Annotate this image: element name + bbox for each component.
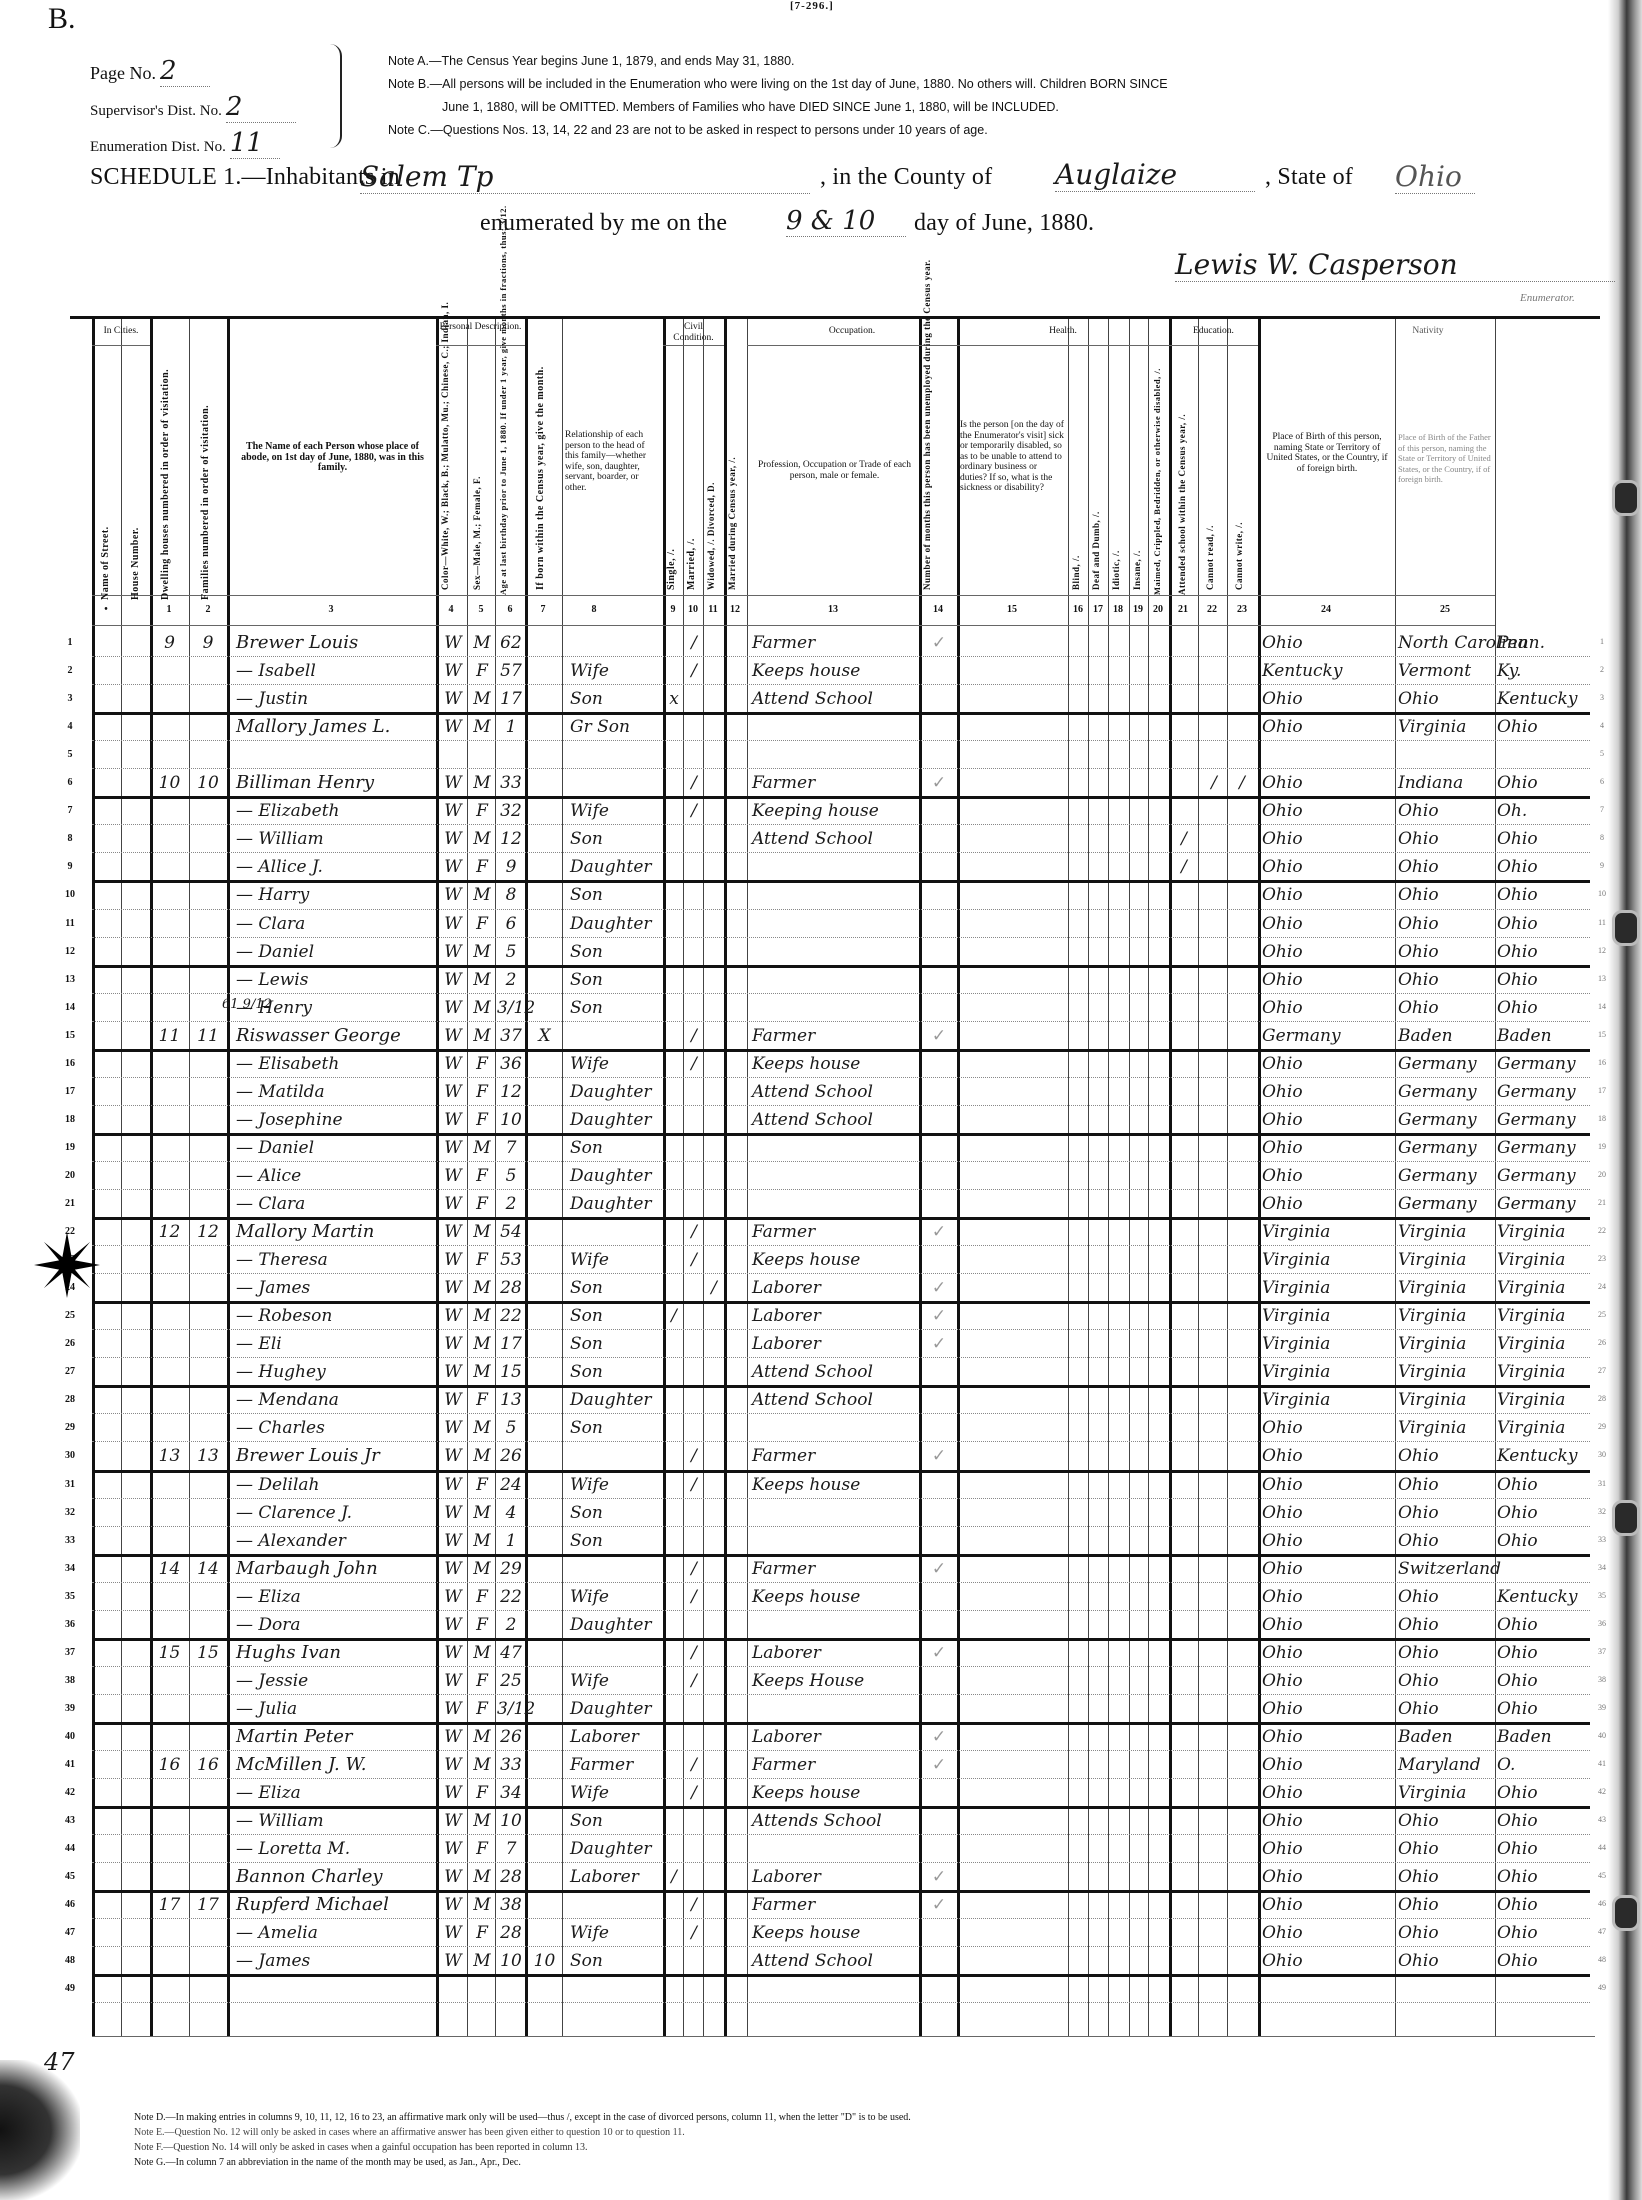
father-birthplace: Germany: [1398, 1082, 1495, 1102]
mother-birthplace: Baden: [1497, 1727, 1592, 1747]
age: 2: [497, 970, 525, 990]
row-number-right: 39: [1595, 1703, 1609, 1712]
birthplace: Virginia: [1262, 1306, 1394, 1326]
col-street-header: Name of Street.: [100, 500, 111, 600]
sex: F: [469, 1054, 495, 1074]
row-number: 7: [62, 805, 78, 816]
relationship: Wife: [570, 1475, 662, 1495]
row-number-right: 45: [1595, 1871, 1609, 1880]
sex: M: [469, 829, 495, 849]
row-number: 1: [62, 637, 78, 648]
father-birthplace: Ohio: [1398, 1446, 1495, 1466]
dwelling-number: 13: [150, 1446, 189, 1466]
color: W: [440, 998, 466, 1018]
dwelling-number: 15: [150, 1643, 189, 1663]
row-number: 4: [62, 721, 78, 732]
grid-hline: [92, 1946, 1590, 1948]
star-marker-icon: [34, 1232, 100, 1298]
person-name: — Mendana: [236, 1390, 436, 1410]
row-number: 21: [62, 1198, 78, 1209]
birthplace: Ohio: [1262, 1446, 1394, 1466]
father-birthplace: Ohio: [1398, 1475, 1495, 1495]
birthplace: Ohio: [1262, 1671, 1394, 1691]
mother-birthplace: Kentucky: [1497, 1446, 1592, 1466]
occupation: Keeps house: [752, 1587, 917, 1607]
age: 62: [497, 633, 525, 653]
grid-hline: [92, 852, 1590, 854]
single-mark: /: [665, 1306, 683, 1326]
row-number-right: 23: [1595, 1254, 1609, 1263]
married-mark: /: [685, 1026, 703, 1046]
birthplace: Ohio: [1262, 1923, 1394, 1943]
person-name: — Alice: [236, 1166, 436, 1186]
note-g: Note G.—In column 7 an abbreviation in t…: [134, 2157, 521, 2168]
column-number: 13: [821, 604, 845, 615]
age: 5: [497, 1418, 525, 1438]
color: W: [440, 1755, 466, 1775]
family-number: 14: [189, 1559, 227, 1579]
relationship: Daughter: [570, 1615, 662, 1635]
row-number: 31: [62, 1479, 78, 1490]
color: W: [440, 1615, 466, 1635]
birthplace: Ohio: [1262, 1587, 1394, 1607]
row-number: 20: [62, 1170, 78, 1181]
grid-hline: [92, 1722, 1590, 1725]
mother-birthplace: Baden: [1497, 1026, 1592, 1046]
sex: F: [469, 1475, 495, 1495]
age: 47: [497, 1643, 525, 1663]
row-number-right: 34: [1595, 1563, 1609, 1572]
occupation: Keeps house: [752, 1783, 917, 1803]
mother-birthplace: Virginia: [1497, 1250, 1592, 1270]
color: W: [440, 1839, 466, 1859]
mother-birthplace: Ohio: [1497, 885, 1592, 905]
person-name: — Robeson: [236, 1306, 436, 1326]
row-number: 37: [62, 1647, 78, 1658]
dwelling-number: 12: [150, 1222, 189, 1242]
grid-hline: [92, 595, 1495, 596]
occupation: Laborer: [752, 1306, 917, 1326]
father-birthplace: Ohio: [1398, 914, 1495, 934]
col-name-header: The Name of each Person whose place of a…: [240, 442, 425, 474]
sex: M: [469, 1727, 495, 1747]
row-number: 47: [62, 1927, 78, 1938]
mother-birthplace: Virginia: [1497, 1362, 1592, 1382]
person-name: McMillen J. W.: [236, 1755, 436, 1775]
sex: M: [469, 1503, 495, 1523]
father-birthplace: Virginia: [1398, 1250, 1495, 1270]
grid-hline: [92, 1301, 1590, 1304]
father-birthplace: Ohio: [1398, 970, 1495, 990]
widowed-mark: /: [705, 1278, 723, 1298]
relationship: Son: [570, 1418, 662, 1438]
dwelling-number: 14: [150, 1559, 189, 1579]
grid-hline: [92, 740, 1590, 742]
mother-birthplace: Virginia: [1497, 1306, 1592, 1326]
birth-month: X: [528, 1026, 561, 1046]
color: W: [440, 1446, 466, 1466]
row-number-right: 31: [1595, 1479, 1609, 1488]
occupation: Laborer: [752, 1867, 917, 1887]
age: 37: [497, 1026, 525, 1046]
person-name: — Eli: [236, 1334, 436, 1354]
row-number-right: 15: [1595, 1030, 1609, 1039]
birthplace: Ohio: [1262, 1475, 1394, 1495]
birthplace: Ohio: [1262, 801, 1394, 821]
grid-hline: [92, 1806, 1590, 1809]
column-number: 8: [582, 604, 606, 615]
col-dwelling-header: Dwelling houses numbered in order of vis…: [160, 380, 171, 600]
father-birthplace: Ohio: [1398, 1839, 1495, 1859]
row-number-right: 37: [1595, 1647, 1609, 1656]
relationship: Son: [570, 1503, 662, 1523]
color: W: [440, 689, 466, 709]
row-number: 11: [62, 918, 78, 929]
sex: F: [469, 1250, 495, 1270]
birthplace: Ohio: [1262, 1418, 1394, 1438]
row-number-right: 12: [1595, 946, 1609, 955]
row-number: 44: [62, 1843, 78, 1854]
grid-hline: [92, 1750, 1590, 1752]
column-number: 7: [531, 604, 555, 615]
row-number: 13: [62, 974, 78, 985]
relationship: Daughter: [570, 914, 662, 934]
relationship: Wife: [570, 1054, 662, 1074]
father-birthplace: Baden: [1398, 1727, 1495, 1747]
note-d: Note D.—In making entries in columns 9, …: [134, 2112, 911, 2123]
birthplace: Virginia: [1262, 1250, 1394, 1270]
col-father-birthplace-header: Place of Birth of the Father of this per…: [1398, 432, 1493, 485]
group-nativity: Nativity: [1258, 326, 1598, 337]
married-mark: /: [685, 1446, 703, 1466]
grid-hline: [92, 1834, 1590, 1836]
person-name: — Matilda: [236, 1082, 436, 1102]
color: W: [440, 914, 466, 934]
grid-hline: [92, 625, 1495, 626]
group-education: Education.: [1169, 326, 1258, 337]
person-name: — Eliza: [236, 1783, 436, 1803]
mother-birthplace: Ohio: [1497, 942, 1592, 962]
col-insane-header: Insane, /.: [1132, 530, 1142, 590]
family-number: 12: [189, 1222, 227, 1242]
birthplace: Ohio: [1262, 998, 1394, 1018]
dwelling-number: 17: [150, 1895, 189, 1915]
age: 29: [497, 1559, 525, 1579]
person-name: — Harry: [236, 885, 436, 905]
grid-hline: [92, 1217, 1590, 1220]
birthplace: Ohio: [1262, 689, 1394, 709]
color: W: [440, 1475, 466, 1495]
color: W: [440, 717, 466, 737]
row-number-right: 25: [1595, 1310, 1609, 1319]
person-name: — Jessie: [236, 1671, 436, 1691]
row-number-right: 30: [1595, 1450, 1609, 1459]
sex: M: [469, 1951, 495, 1971]
person-name: — Clara: [236, 914, 436, 934]
color: W: [440, 1306, 466, 1326]
grid-hline: [92, 1245, 1590, 1247]
color: W: [440, 1671, 466, 1691]
age: 15: [497, 1362, 525, 1382]
sex: M: [469, 1811, 495, 1831]
age: 4: [497, 1503, 525, 1523]
row-number: 46: [62, 1899, 78, 1910]
father-birthplace: Virginia: [1398, 1222, 1495, 1242]
occupation: Farmer: [752, 1446, 917, 1466]
mother-birthplace: Ohio: [1497, 1531, 1592, 1551]
mother-birthplace: Germany: [1497, 1054, 1592, 1074]
relationship: Wife: [570, 661, 662, 681]
row-number: 41: [62, 1759, 78, 1770]
father-birthplace: Ohio: [1398, 942, 1495, 962]
note-e: Note E.—Question No. 12 will only be ask…: [134, 2127, 685, 2138]
grid-hline: [92, 993, 1590, 995]
color: W: [440, 885, 466, 905]
mother-birthplace: Oh.: [1497, 801, 1592, 821]
column-number: 3: [319, 604, 343, 615]
unemployed-mark: ✓: [922, 1727, 956, 1747]
unemployed-mark: ✓: [922, 1446, 956, 1466]
relationship: Son: [570, 1951, 662, 1971]
family-number: 13: [189, 1446, 227, 1466]
sex: F: [469, 914, 495, 934]
row-number: 28: [62, 1394, 78, 1405]
sex: F: [469, 1194, 495, 1214]
row-number: 45: [62, 1871, 78, 1882]
column-number: 21: [1171, 604, 1195, 615]
unemployed-mark: ✓: [922, 1278, 956, 1298]
column-number: •: [94, 604, 118, 615]
grid-hline: [92, 1105, 1590, 1107]
relationship: Son: [570, 998, 662, 1018]
age: 25: [497, 1671, 525, 1691]
sex: F: [469, 1110, 495, 1130]
row-number-right: 38: [1595, 1675, 1609, 1684]
cannot-write-mark: /: [1230, 773, 1254, 793]
row-number-right: 18: [1595, 1114, 1609, 1123]
age: 12: [497, 1082, 525, 1102]
birthplace: Ohio: [1262, 1615, 1394, 1635]
sex: F: [469, 1166, 495, 1186]
age: 3/12: [497, 998, 525, 1018]
occupation: Laborer: [752, 1278, 917, 1298]
father-birthplace: Maryland: [1398, 1755, 1495, 1775]
grid-hline: [92, 1273, 1590, 1275]
relationship: Laborer: [570, 1727, 662, 1747]
birthplace: Ohio: [1262, 1895, 1394, 1915]
father-birthplace: Switzerland: [1398, 1559, 1495, 1579]
row-number: 39: [62, 1703, 78, 1714]
grid-hline: [92, 1582, 1590, 1584]
age: 22: [497, 1306, 525, 1326]
occupation: Keeps house: [752, 1250, 917, 1270]
grid-hline: [92, 1385, 1590, 1388]
col-family-header: Families numbered in order of visitation…: [200, 400, 211, 600]
color: W: [440, 1278, 466, 1298]
occupation: Farmer: [752, 1222, 917, 1242]
birthplace: Ohio: [1262, 857, 1394, 877]
sex: F: [469, 857, 495, 877]
sex: M: [469, 1138, 495, 1158]
relationship: Laborer: [570, 1867, 662, 1887]
column-number: 1: [157, 604, 181, 615]
row-number-right: 2: [1595, 665, 1609, 674]
father-birthplace: Ohio: [1398, 689, 1495, 709]
married-mark: /: [685, 801, 703, 821]
col-deaf-dumb-header: Deaf and Dumb, /.: [1091, 490, 1101, 590]
row-number-right: 36: [1595, 1619, 1609, 1628]
grid-hline: [92, 1890, 1590, 1893]
grid-hline: [92, 1638, 1590, 1641]
grid-hline: [92, 965, 1590, 968]
sex: F: [469, 661, 495, 681]
married-mark: /: [685, 1250, 703, 1270]
age: 1: [497, 717, 525, 737]
sex: M: [469, 689, 495, 709]
person-name: — William: [236, 1811, 436, 1831]
unemployed-mark: ✓: [922, 1222, 956, 1242]
row-number-right: 3: [1595, 693, 1609, 702]
mother-birthplace: Virginia: [1497, 1222, 1592, 1242]
color: W: [440, 1334, 466, 1354]
person-name: Martin Peter: [236, 1727, 436, 1747]
age: 7: [497, 1839, 525, 1859]
col-maimed-header: Maimed, Crippled, Bedridden, or otherwis…: [1152, 345, 1162, 595]
age: 32: [497, 801, 525, 821]
person-name: — William: [236, 829, 436, 849]
grid-hline: [92, 2036, 1595, 2037]
mother-birthplace: Germany: [1497, 1166, 1592, 1186]
birthplace: Virginia: [1262, 1390, 1394, 1410]
person-name: Brewer Louis Jr: [236, 1446, 436, 1466]
person-name: Mallory James L.: [236, 717, 436, 737]
col-relationship-header: Relationship of each person to the head …: [565, 430, 660, 493]
color: W: [440, 1783, 466, 1803]
color: W: [440, 1559, 466, 1579]
grid-hline: [92, 1554, 1590, 1557]
mother-birthplace: Germany: [1497, 1138, 1592, 1158]
occupation: Keeps House: [752, 1671, 917, 1691]
occupation: Attends School: [752, 1811, 917, 1831]
grid-hline: [92, 1413, 1590, 1415]
row-number: 6: [62, 777, 78, 788]
married-mark: /: [685, 1587, 703, 1607]
sex: M: [469, 1559, 495, 1579]
sex: M: [469, 885, 495, 905]
mother-birthplace: Ohio: [1497, 829, 1592, 849]
row-number-right: 28: [1595, 1394, 1609, 1403]
sex: M: [469, 1306, 495, 1326]
occupation: Farmer: [752, 1755, 917, 1775]
birthplace: Ohio: [1262, 1082, 1394, 1102]
sex: M: [469, 1278, 495, 1298]
birthplace: Ohio: [1262, 914, 1394, 934]
person-name: — Alexander: [236, 1531, 436, 1551]
mother-birthplace: Germany: [1497, 1194, 1592, 1214]
age: 26: [497, 1446, 525, 1466]
father-birthplace: North Carolina: [1398, 633, 1495, 653]
column-number: 14: [926, 604, 950, 615]
row-number: 3: [62, 693, 78, 704]
row-number-right: 19: [1595, 1142, 1609, 1151]
grid-hline: [92, 1049, 1590, 1052]
person-name: — Lewis: [236, 970, 436, 990]
column-number: 2: [196, 604, 220, 615]
father-birthplace: Germany: [1398, 1110, 1495, 1130]
row-number-right: 4: [1595, 721, 1609, 730]
birthplace: Ohio: [1262, 1643, 1394, 1663]
unemployed-mark: ✓: [922, 633, 956, 653]
person-name: Bannon Charley: [236, 1867, 436, 1887]
mother-birthplace: Ohio: [1497, 970, 1592, 990]
age: 28: [497, 1278, 525, 1298]
color: W: [440, 1951, 466, 1971]
sex: M: [469, 1446, 495, 1466]
birthplace: Ohio: [1262, 1531, 1394, 1551]
color: W: [440, 1166, 466, 1186]
unemployed-mark: ✓: [922, 773, 956, 793]
sex: F: [469, 1923, 495, 1943]
grid-hline: [92, 1694, 1590, 1696]
age: 1: [497, 1531, 525, 1551]
attended-school-mark: /: [1172, 857, 1196, 877]
father-birthplace: Virginia: [1398, 1278, 1495, 1298]
father-birthplace: Ohio: [1398, 885, 1495, 905]
row-number-right: 5: [1595, 749, 1609, 758]
col-occupation-header: Profession, Occupation or Trade of each …: [752, 460, 917, 481]
birthplace: Ohio: [1262, 1166, 1394, 1186]
grid-hline: [92, 768, 1590, 770]
row-number: 12: [62, 946, 78, 957]
margin-annotation: 61 9/12: [222, 995, 272, 1015]
grid-hline: [92, 1918, 1590, 1920]
sex: M: [469, 1362, 495, 1382]
birthplace: Ohio: [1262, 717, 1394, 737]
occupation: Keeps house: [752, 1054, 917, 1074]
birthplace: Ohio: [1262, 633, 1394, 653]
father-birthplace: Virginia: [1398, 1418, 1495, 1438]
column-number: 5: [469, 604, 493, 615]
mother-birthplace: Kentucky: [1497, 1587, 1592, 1607]
grid-hline: [92, 1862, 1590, 1864]
father-birthplace: Virginia: [1398, 717, 1495, 737]
col-single-header: Single, /.: [666, 530, 677, 590]
mother-birthplace: Ohio: [1497, 1923, 1592, 1943]
sex: F: [469, 1839, 495, 1859]
grid-hline: [92, 1077, 1590, 1079]
grid-hline: [1169, 345, 1258, 346]
person-name: — Josephine: [236, 1110, 436, 1130]
age: 22: [497, 1587, 525, 1607]
mother-birthplace: Penn.: [1497, 633, 1592, 653]
mother-birthplace: Ohio: [1497, 1643, 1592, 1663]
color: W: [440, 1531, 466, 1551]
person-name: — Justin: [236, 689, 436, 709]
relationship: Son: [570, 1138, 662, 1158]
relationship: Son: [570, 942, 662, 962]
occupation: Keeping house: [752, 801, 917, 821]
grid-hline: [92, 1161, 1590, 1163]
married-mark: /: [685, 1643, 703, 1663]
relationship: Son: [570, 970, 662, 990]
row-number: 16: [62, 1058, 78, 1069]
age: 34: [497, 1783, 525, 1803]
sex: M: [469, 1867, 495, 1887]
row-number-right: 33: [1595, 1535, 1609, 1544]
birthplace: Ohio: [1262, 1110, 1394, 1130]
mother-birthplace: Ohio: [1497, 1699, 1592, 1719]
color: W: [440, 773, 466, 793]
